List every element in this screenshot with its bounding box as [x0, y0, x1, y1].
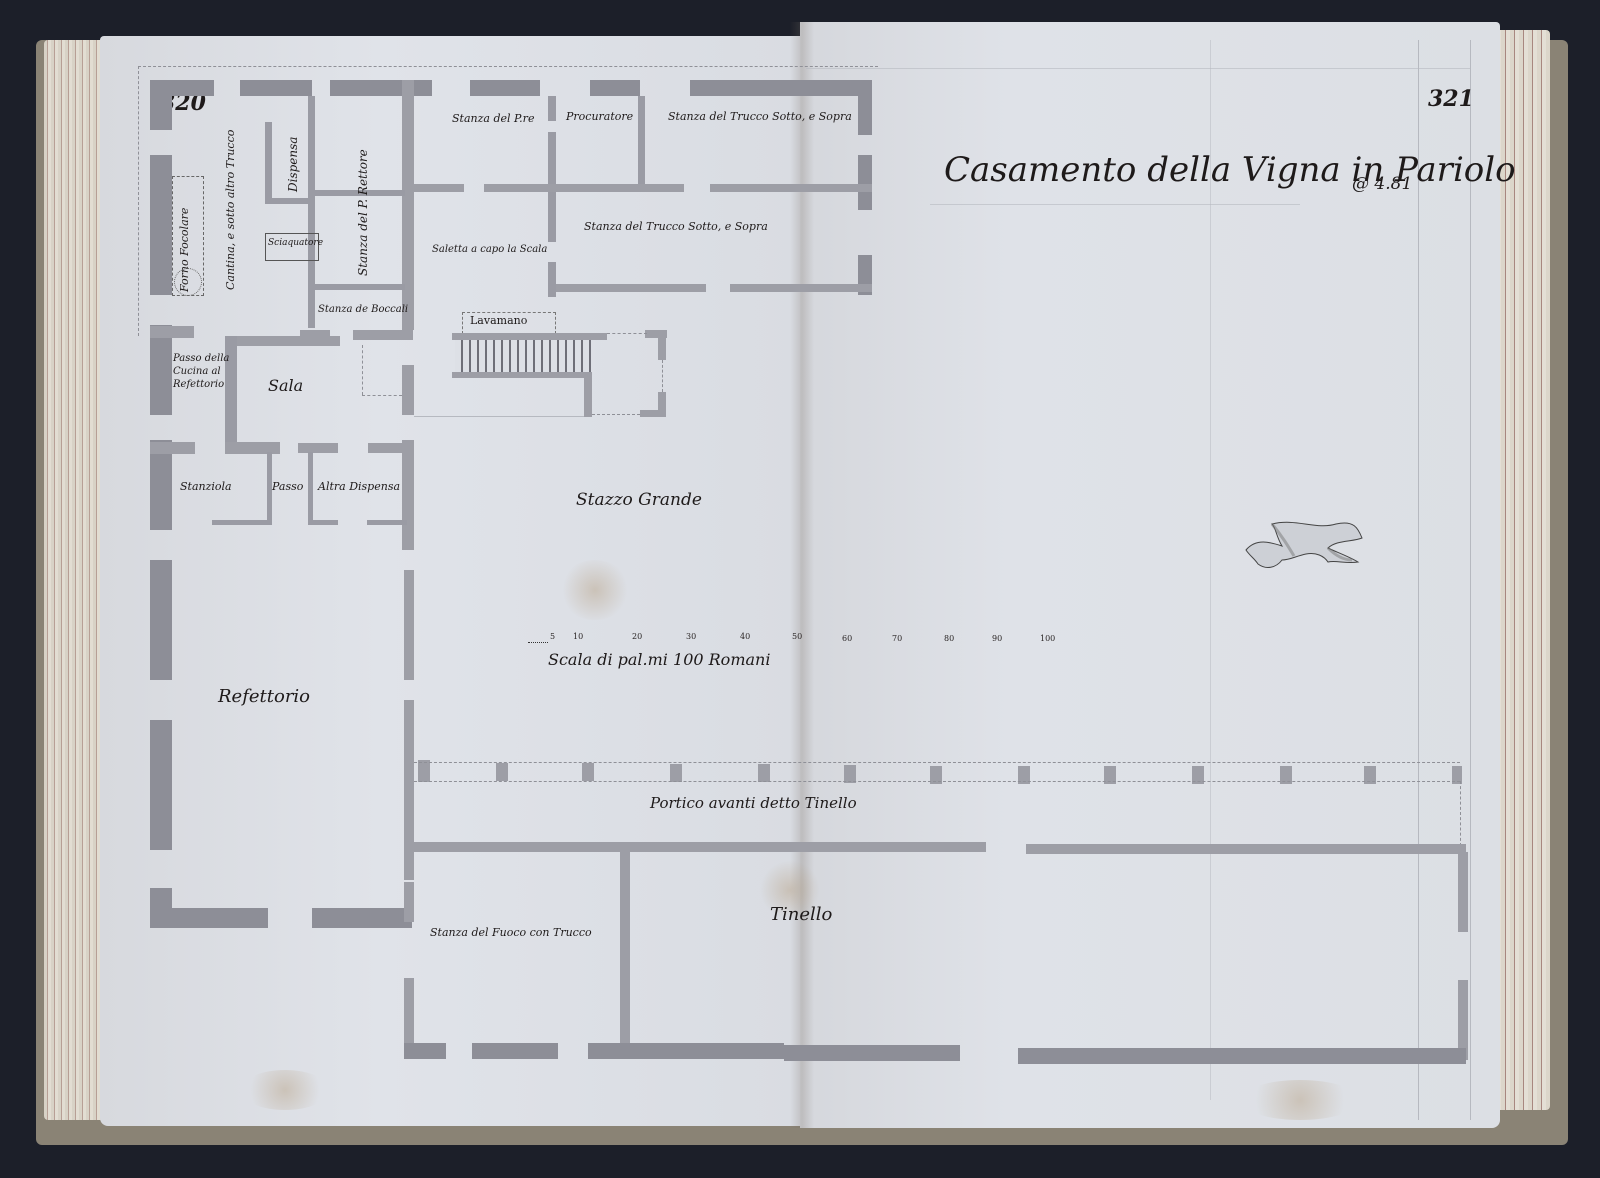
wall	[265, 198, 310, 204]
staircase	[455, 340, 595, 373]
wall	[315, 284, 405, 290]
wall	[404, 1043, 446, 1059]
scale-tick: 60	[842, 634, 852, 643]
right-page-number: 321	[1428, 86, 1474, 112]
wall	[404, 700, 414, 880]
page-edges-right	[1492, 30, 1550, 1110]
stain	[1240, 1080, 1360, 1120]
wall	[402, 365, 414, 415]
scale-bar-label: Scala di pal.mi 100 Romani	[548, 650, 770, 669]
stain	[560, 560, 630, 620]
room-label-cantina: Cantina, e sotto altro Trucco	[224, 130, 237, 290]
wall	[584, 372, 592, 417]
title-baseline-rule	[930, 204, 1300, 205]
room-label-stanza-procuratore: Stanza del P.re	[452, 112, 534, 125]
room-label-line: Refettorio	[173, 378, 229, 391]
room-label-sala: Sala	[268, 376, 303, 395]
wall	[620, 852, 630, 1052]
wall	[658, 330, 666, 360]
scale-tick: 100	[1040, 634, 1055, 643]
scale-tick: 40	[740, 632, 750, 641]
wall	[412, 842, 986, 852]
portico-line	[414, 762, 1460, 763]
wall	[1458, 852, 1468, 932]
room-label-saletta: Saletta a capo la Scala	[432, 244, 547, 255]
wall	[298, 443, 338, 453]
column	[496, 763, 508, 781]
wall	[452, 333, 607, 340]
wall	[548, 262, 556, 297]
wall	[470, 80, 540, 96]
room-label-dispensa: Dispensa	[286, 137, 300, 192]
room-label-tinello: Tinello	[770, 904, 832, 925]
room-label-stanza-boccali: Stanza de Boccali	[318, 304, 408, 315]
wall	[367, 520, 407, 525]
stair-outline	[362, 345, 363, 395]
wall	[150, 155, 172, 295]
column	[758, 764, 770, 782]
wall	[588, 1043, 784, 1059]
wall	[784, 1045, 960, 1061]
wall	[150, 720, 172, 850]
wall	[414, 80, 432, 96]
wall	[150, 560, 172, 680]
wall	[484, 184, 684, 192]
wall	[404, 882, 414, 922]
wall	[265, 122, 272, 202]
scale-tick: 90	[992, 634, 1002, 643]
scale-tick: 10	[573, 632, 583, 641]
wall	[710, 184, 872, 192]
wall	[402, 80, 414, 330]
stain	[240, 1070, 330, 1110]
column	[582, 763, 594, 781]
room-label-line: Passo della	[173, 352, 229, 365]
room-label-line: Cucina al	[173, 365, 229, 378]
wall	[858, 155, 872, 210]
stair-outline	[662, 360, 663, 392]
room-label-portico: Portico avanti detto Tinello	[650, 794, 857, 812]
plan-outline	[138, 66, 878, 67]
wall	[150, 325, 172, 415]
wall	[556, 284, 706, 292]
plan-title: Casamento della Vigna in Pariolo	[944, 150, 1516, 190]
wall	[404, 570, 414, 680]
wall	[1018, 1048, 1466, 1064]
plan-line	[414, 416, 584, 417]
wall	[150, 908, 268, 928]
wall	[150, 442, 195, 454]
wall	[308, 96, 315, 328]
plan-outline	[138, 66, 139, 336]
scale-tick: 80	[944, 634, 954, 643]
room-label-stanza-fuoco: Stanza del Fuoco con Trucco	[430, 926, 592, 939]
wall	[452, 372, 592, 378]
page-margin-rule	[1470, 40, 1471, 1120]
wall	[858, 80, 872, 135]
scale-tick: 30	[686, 632, 696, 641]
wall	[638, 96, 645, 186]
room-label-altra-dispensa: Altra Dispensa	[318, 480, 400, 493]
scale-tick: 70	[892, 634, 902, 643]
room-label-passo: Passo	[272, 480, 303, 493]
scale-tick: 50	[792, 632, 802, 641]
room-label-stanza-trucco-lower: Stanza del Trucco Sotto, e Sopra	[584, 220, 768, 233]
room-label-passo-cucina: Passo della Cucina al Refettorio	[173, 352, 229, 391]
page-margin-rule	[1418, 40, 1419, 1120]
plan-reference: @ 4.81	[1352, 174, 1412, 194]
room-label-stanziola: Stanziola	[180, 480, 232, 493]
room-label-procuratore: Procuratore	[566, 110, 633, 123]
wall	[330, 80, 410, 96]
wall	[402, 440, 414, 550]
column	[418, 760, 430, 782]
page-margin-rule	[806, 68, 1470, 69]
ribbon-scroll-icon	[1236, 516, 1376, 580]
wall	[308, 520, 338, 525]
wall	[308, 452, 313, 524]
wall	[353, 330, 413, 340]
wall	[640, 410, 666, 417]
portico-line	[414, 781, 1460, 782]
scale-dots	[528, 642, 548, 643]
column	[670, 764, 682, 782]
wall	[1026, 844, 1466, 854]
stair-outline	[607, 333, 647, 334]
wall	[150, 80, 214, 96]
stair-outline	[592, 414, 640, 415]
wall	[240, 80, 312, 96]
wall	[150, 326, 194, 338]
wall	[212, 520, 272, 525]
room-label-refettorio: Refettorio	[218, 686, 310, 707]
wall	[472, 1043, 558, 1059]
room-label-lavamano: Lavamano	[470, 314, 527, 327]
wall	[368, 443, 413, 453]
wall	[312, 908, 412, 928]
wall	[414, 184, 464, 192]
wall	[730, 284, 872, 292]
wall	[590, 80, 640, 96]
room-label-stazzo-grande: Stazzo Grande	[576, 490, 702, 510]
scale-bar: 5 10 20 30 40 50 60 70 80 90 100	[528, 636, 1048, 650]
room-label-stanza-trucco-upper: Stanza del Trucco Sotto, e Sopra	[668, 110, 852, 123]
scale-tick: 5	[550, 632, 555, 641]
scale-tick: 20	[632, 632, 642, 641]
room-label-stanza-rettore: Stanza del P. Rettore	[356, 149, 370, 276]
page-margin-rule	[1210, 40, 1211, 1100]
room-label-sciaquatore: Sciaquatore	[268, 238, 323, 248]
wall	[300, 330, 330, 340]
room-label-forno: Forno Focolare	[178, 208, 191, 292]
stair-outline	[362, 395, 402, 396]
left-page	[100, 36, 800, 1126]
wall	[690, 80, 870, 96]
wall	[548, 96, 556, 121]
portico-line	[1460, 781, 1461, 846]
